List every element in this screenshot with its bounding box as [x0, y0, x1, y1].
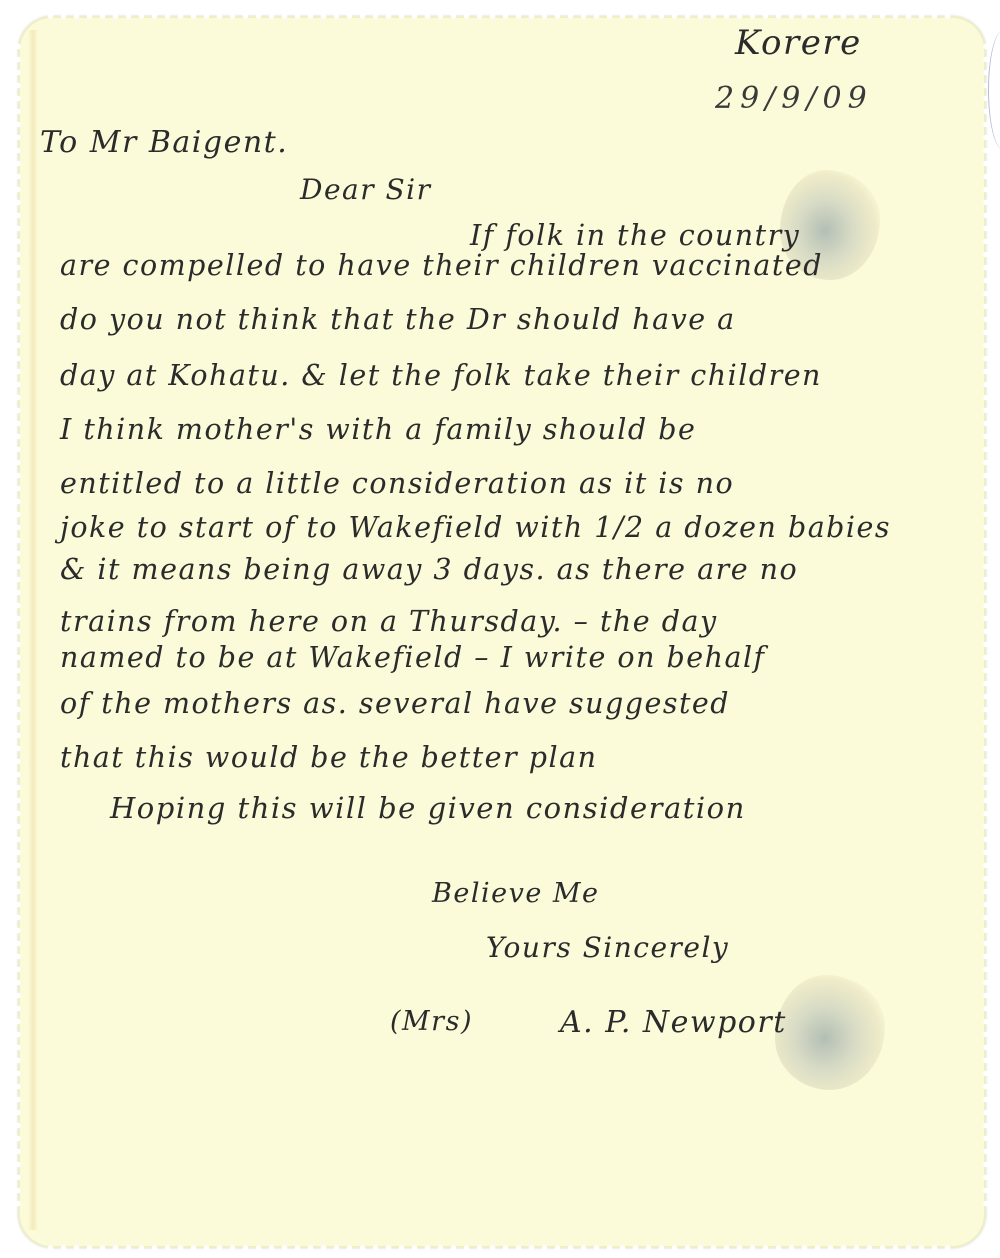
signoff-title: (Mrs): [390, 1008, 473, 1035]
body-line: joke to start of to Wakefield with 1/2 a…: [60, 514, 891, 543]
body-line: day at Kohatu. & let the folk take their…: [60, 362, 822, 391]
scanned-letter: Korere 29/9/09 To Mr Baigent. Dear Sir I…: [0, 0, 1000, 1258]
signoff-yours: Yours Sincerely: [486, 934, 729, 962]
body-line: If folk in the country: [470, 222, 800, 251]
letter-date: 29/9/09: [715, 84, 873, 114]
body-line: are compelled to have their children vac…: [60, 252, 823, 281]
scanner-edge-mark: [988, 30, 1000, 150]
body-line: entitled to a little consideration as it…: [60, 470, 734, 499]
paper-fold-shadow: [28, 30, 38, 1230]
body-line: of the mothers as. several have suggeste…: [60, 690, 730, 719]
closing-line: Hoping this will be given consideration: [110, 794, 746, 823]
body-line: do you not think that the Dr should have…: [60, 306, 736, 335]
body-line: trains from here on a Thursday. – the da…: [60, 608, 718, 637]
body-line: that this would be the better plan: [60, 744, 597, 773]
body-line: named to be at Wakefield – I write on be…: [60, 644, 766, 673]
signoff-believe: Believe Me: [432, 880, 600, 907]
body-line: & it means being away 3 days. as there a…: [60, 556, 798, 585]
letter-place: Korere: [735, 26, 862, 60]
letter-recipient: To Mr Baigent.: [40, 128, 288, 158]
signature: A. P. Newport: [560, 1008, 787, 1038]
body-line: I think mother's with a family should be: [60, 416, 696, 445]
letter-greeting: Dear Sir: [300, 176, 432, 204]
